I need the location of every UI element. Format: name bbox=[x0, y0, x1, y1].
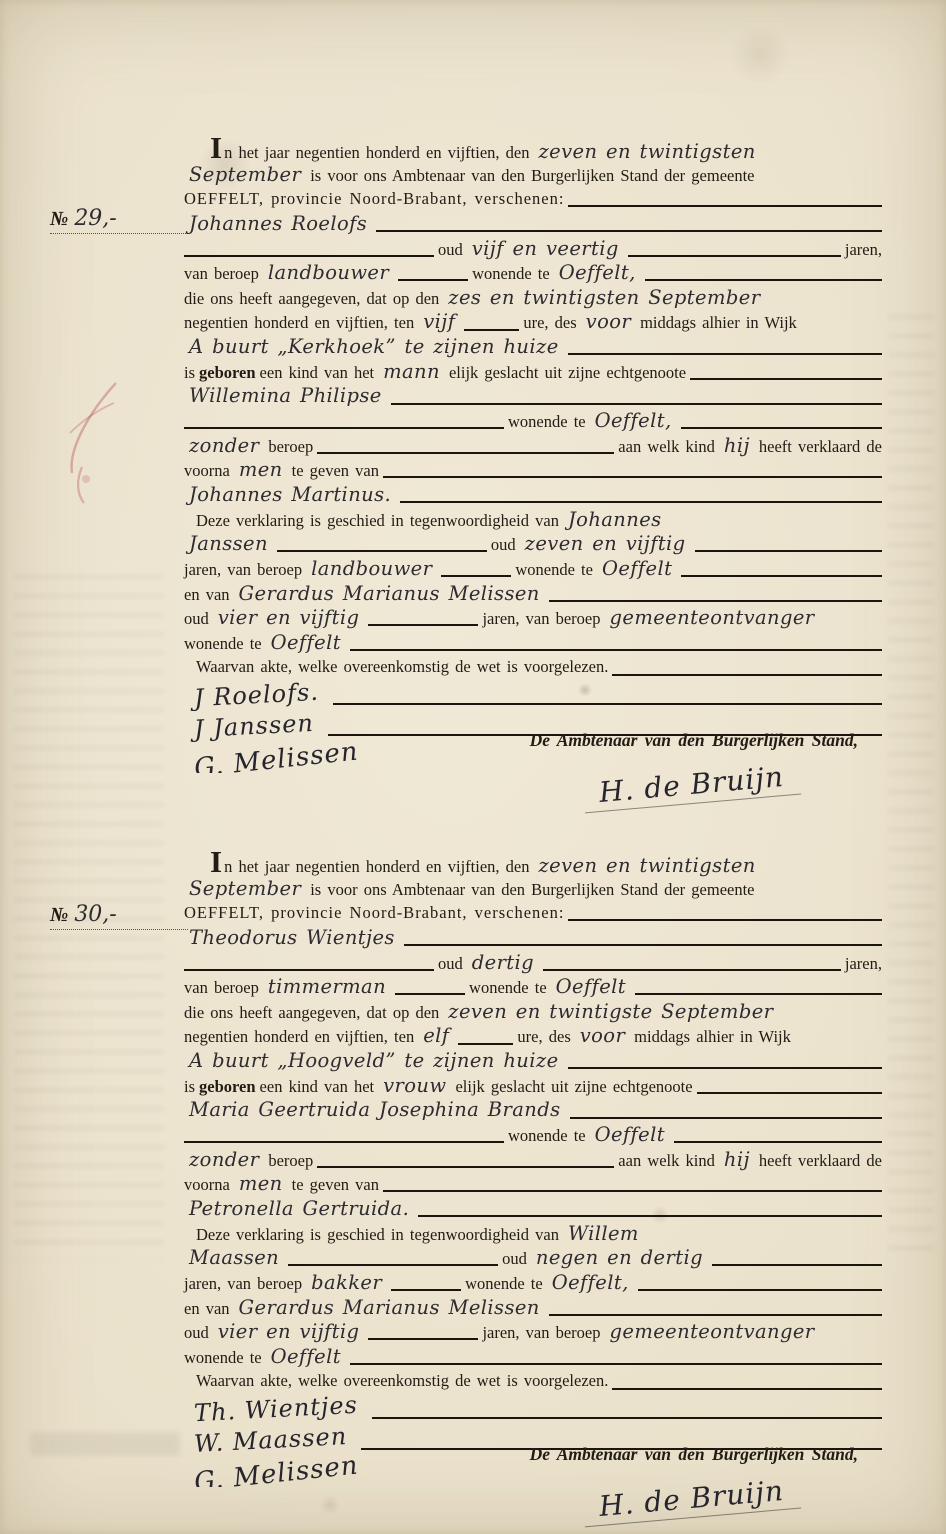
witness2-occupation-handwriting: gemeenteontvanger bbox=[603, 1320, 884, 1345]
printed-text: te geven van bbox=[290, 1173, 381, 1197]
form-line: zonder beroep aan welk kind hij heeft ve… bbox=[182, 1148, 884, 1173]
signature-row: J Roelofs. bbox=[182, 680, 884, 711]
rule-line bbox=[681, 575, 882, 577]
form-line: September is voor ons Ambtenaar van den … bbox=[182, 163, 884, 188]
birth-date-handwriting: zes en twintigsten September bbox=[441, 286, 884, 311]
form-line: is geboren een kind van het vrouw elijk … bbox=[182, 1074, 884, 1099]
printed-text: en van bbox=[182, 1297, 232, 1321]
child-names-handwriting: Petronella Gertruida. bbox=[182, 1197, 416, 1222]
rule-line bbox=[549, 1314, 882, 1316]
form-line: Johannes Roelofs bbox=[182, 212, 884, 237]
birth-act-30: I n het jaar negentien honderd en vijfti… bbox=[182, 852, 884, 1487]
act-number-handwriting: 30,- bbox=[68, 902, 116, 927]
rule-line bbox=[350, 649, 882, 651]
declarant-name-handwriting: Johannes Roelofs bbox=[182, 212, 374, 237]
closing-clause-printed: Waarvan akte, welke overeenkomstig de we… bbox=[182, 655, 610, 680]
form-line: A buurt „Kerkhoek” te zijnen huize bbox=[182, 335, 884, 360]
rule-line bbox=[383, 1190, 882, 1192]
printed-text: n het jaar negentien honderd en vijftien… bbox=[222, 855, 531, 877]
act-date-day-handwriting: zeven en twintigsten bbox=[531, 140, 884, 163]
printed-text: die ons heeft aangegeven, dat op den bbox=[182, 287, 441, 311]
rule-line bbox=[418, 1215, 882, 1217]
rule-line bbox=[695, 550, 882, 552]
daypart-handwriting: voor bbox=[579, 310, 638, 335]
rule-line bbox=[638, 1289, 882, 1291]
printed-text: wonende te bbox=[467, 976, 549, 1000]
printed-text: wonende te bbox=[506, 1124, 588, 1148]
witness2-residence-handwriting: Oeffelt bbox=[264, 1345, 348, 1370]
form-line: zonder beroep aan welk kind hij heeft ve… bbox=[182, 434, 884, 459]
registrar-title-printed: De Ambtenaar van den Burgerlijken Stand, bbox=[530, 1444, 858, 1465]
birth-hour-handwriting: vijf bbox=[416, 310, 462, 335]
rule-line bbox=[404, 944, 882, 946]
form-line: OEFFELT, provincie Noord-Brabant, versch… bbox=[182, 901, 884, 926]
printed-text: een kind van het bbox=[258, 361, 377, 385]
child-names-handwriting: Johannes Martinus. bbox=[182, 483, 398, 508]
printed-text: jaren, van beroep bbox=[480, 607, 602, 631]
form-line: die ons heeft aangegeven, dat op den zes… bbox=[182, 286, 884, 311]
witness1-signature: W. Maassen bbox=[182, 1425, 360, 1456]
rule-line bbox=[398, 279, 468, 281]
rule-line bbox=[376, 230, 882, 232]
printed-text: ure, des bbox=[515, 1025, 572, 1049]
birth-date-handwriting: zeven en twintigste September bbox=[441, 1000, 884, 1025]
printed-text: jaren, van beroep bbox=[182, 558, 304, 582]
form-line: oud vijf en veertig jaren, bbox=[182, 237, 884, 262]
declarant-name-handwriting: Theodorus Wientjes bbox=[182, 926, 402, 951]
declarant-signature: J Roelofs. bbox=[182, 680, 332, 711]
rule-line bbox=[464, 329, 519, 331]
printed-text: ure, des bbox=[521, 311, 578, 335]
printed-text: negentien honderd en vijftien, ten bbox=[182, 1025, 416, 1049]
declarant-residence-handwriting: Oeffelt bbox=[549, 975, 633, 1000]
witness1-occupation-handwriting: bakker bbox=[304, 1271, 389, 1296]
form-line: oud dertig jaren, bbox=[182, 951, 884, 976]
printed-text: wonende te bbox=[463, 1272, 545, 1296]
rule-line bbox=[184, 969, 434, 971]
rule-line bbox=[368, 624, 478, 626]
act-date-month-handwriting: September bbox=[182, 163, 308, 188]
printed-text: is bbox=[182, 1075, 197, 1099]
rule-line bbox=[184, 427, 504, 429]
rule-line bbox=[635, 993, 882, 995]
rule-line bbox=[568, 1067, 882, 1069]
municipality-printed: OEFFELT, provincie Noord-Brabant, versch… bbox=[182, 187, 566, 212]
birth-location-handwriting: A buurt „Kerkhoek” te zijnen huize bbox=[182, 335, 566, 360]
printed-text: aan welk kind bbox=[616, 435, 717, 459]
rule-line bbox=[317, 452, 614, 454]
numero-sign: № bbox=[50, 904, 68, 927]
mother-name-handwriting: Willemina Philipse bbox=[182, 384, 389, 409]
rule-line bbox=[368, 1338, 478, 1340]
printed-text: beroep bbox=[266, 435, 315, 459]
form-line: Deze verklaring is geschied in tegenwoor… bbox=[182, 508, 884, 533]
form-line: wonende te Oeffelt, bbox=[182, 409, 884, 434]
printed-text: negentien honderd en vijftien, ten bbox=[182, 311, 416, 335]
printed-text: middags alhier in Wijk bbox=[638, 311, 799, 335]
witness2-signature: G. Melissen bbox=[182, 1456, 372, 1487]
printed-text: heeft verklaard de bbox=[757, 1149, 884, 1173]
form-line: wonende te Oeffelt bbox=[182, 631, 884, 656]
printed-text: jaren, bbox=[843, 238, 884, 262]
declarant-residence-handwriting: Oeffelt, bbox=[552, 261, 643, 286]
form-line: Waarvan akte, welke overeenkomstig de we… bbox=[182, 655, 884, 680]
rule-line bbox=[570, 1117, 882, 1119]
birth-hour-handwriting: elf bbox=[416, 1024, 456, 1049]
rule-line bbox=[372, 1417, 882, 1419]
witness1-firstname-handwriting: Willem bbox=[561, 1222, 884, 1247]
rule-line bbox=[317, 1166, 614, 1168]
rule-line bbox=[568, 353, 882, 355]
witness2-age-handwriting: vier en vijftig bbox=[211, 606, 367, 631]
form-line: van beroep landbouwer wonende te Oeffelt… bbox=[182, 261, 884, 286]
printed-text: beroep bbox=[266, 1149, 315, 1173]
printed-text: wonende te bbox=[506, 410, 588, 434]
signature-row: Th. Wientjes bbox=[182, 1394, 884, 1425]
form-line: oud vier en vijftig jaren, van beroep ge… bbox=[182, 1320, 884, 1345]
gender-handwriting: mann bbox=[376, 360, 447, 385]
declarant-age-handwriting: dertig bbox=[465, 951, 541, 976]
form-line: I n het jaar negentien honderd en vijfti… bbox=[182, 138, 884, 163]
printed-text: oud bbox=[182, 607, 211, 631]
bleedthrough-smudge bbox=[30, 1432, 180, 1456]
form-line: is geboren een kind van het mann elijk g… bbox=[182, 360, 884, 385]
birth-location-handwriting: A buurt „Hoogveld” te zijnen huize bbox=[182, 1049, 566, 1074]
rule-line bbox=[568, 919, 882, 921]
form-line: Maria Geertruida Josephina Brands bbox=[182, 1098, 884, 1123]
witness1-lastname-handwriting: Maassen bbox=[182, 1246, 286, 1271]
men-handwriting: men bbox=[232, 458, 290, 483]
rule-line bbox=[568, 205, 882, 207]
rule-line bbox=[350, 1363, 882, 1365]
numero-sign: № bbox=[50, 208, 68, 231]
form-line: negentien honderd en vijftien, ten elf u… bbox=[182, 1024, 884, 1049]
printed-text: middags alhier in Wijk bbox=[632, 1025, 793, 1049]
rule-line bbox=[681, 427, 882, 429]
mother-residence-handwriting: Oeffelt, bbox=[588, 409, 679, 434]
form-line: oud vier en vijftig jaren, van beroep ge… bbox=[182, 606, 884, 631]
form-line: en van Gerardus Marianus Melissen bbox=[182, 1296, 884, 1321]
daypart-handwriting: voor bbox=[573, 1024, 632, 1049]
printed-text: wonende te bbox=[470, 262, 552, 286]
rule-line bbox=[184, 255, 434, 257]
birth-act-29: I n het jaar negentien honderd en vijfti… bbox=[182, 138, 884, 773]
form-line: A buurt „Hoogveld” te zijnen huize bbox=[182, 1049, 884, 1074]
printed-text: oud bbox=[436, 238, 465, 262]
zonder-handwriting: zonder bbox=[182, 434, 266, 459]
act-date-month-handwriting: September bbox=[182, 877, 308, 902]
witness1-age-handwriting: zeven en vijftig bbox=[518, 532, 693, 557]
rule-line bbox=[184, 1141, 504, 1143]
rule-line bbox=[333, 703, 882, 705]
form-line: van beroep timmerman wonende te Oeffelt bbox=[182, 975, 884, 1000]
rule-line bbox=[391, 403, 882, 405]
printed-text: is voor ons Ambtenaar van den Burgerlijk… bbox=[308, 164, 756, 188]
form-line: Maassen oud negen en dertig bbox=[182, 1246, 884, 1271]
rule-line bbox=[697, 1092, 882, 1094]
printed-text: Deze verklaring is geschied in tegenwoor… bbox=[182, 1223, 561, 1247]
mother-name-handwriting: Maria Geertruida Josephina Brands bbox=[182, 1098, 568, 1123]
form-line: I n het jaar negentien honderd en vijfti… bbox=[182, 852, 884, 877]
printed-text: jaren, van beroep bbox=[182, 1272, 304, 1296]
register-page: № 29,- № 30,- I n het jaar negentien hon… bbox=[0, 0, 946, 1534]
printed-text: elijk geslacht uit zijne echtgenoote bbox=[447, 361, 688, 385]
rule-line bbox=[458, 1043, 513, 1045]
witness2-residence-handwriting: Oeffelt bbox=[264, 631, 348, 656]
form-line: wonende te Oeffelt bbox=[182, 1345, 884, 1370]
red-pencil-scribble bbox=[42, 375, 152, 515]
act-number-margin: № 30,- bbox=[50, 902, 188, 930]
geboren-bold-printed: geboren bbox=[197, 361, 258, 385]
witness1-firstname-handwriting: Johannes bbox=[561, 508, 884, 533]
rule-line bbox=[441, 575, 511, 577]
declarant-age-handwriting: vijf en veertig bbox=[465, 237, 626, 262]
form-line: wonende te Oeffelt bbox=[182, 1123, 884, 1148]
printed-text: die ons heeft aangegeven, dat op den bbox=[182, 1001, 441, 1025]
geboren-bold-printed: geboren bbox=[197, 1075, 258, 1099]
witness1-residence-handwriting: Oeffelt, bbox=[545, 1271, 636, 1296]
printed-text: oud bbox=[500, 1247, 529, 1271]
printed-text: n het jaar negentien honderd en vijftien… bbox=[222, 141, 531, 163]
printed-text: jaren, bbox=[843, 952, 884, 976]
printed-text: oud bbox=[489, 533, 518, 557]
mother-residence-handwriting: Oeffelt bbox=[588, 1123, 672, 1148]
printed-text: wonende te bbox=[513, 558, 595, 582]
form-line: voorna men te geven van bbox=[182, 1172, 884, 1197]
printed-text: Deze verklaring is geschied in tegenwoor… bbox=[182, 509, 561, 533]
rule-line bbox=[391, 1289, 461, 1291]
printed-text: is bbox=[182, 361, 197, 385]
rule-line bbox=[395, 993, 465, 995]
rule-line bbox=[400, 501, 882, 503]
form-line: negentien honderd en vijftien, ten vijf … bbox=[182, 310, 884, 335]
closing-clause-printed: Waarvan akte, welke overeenkomstig de we… bbox=[182, 1369, 610, 1394]
form-line: Janssen oud zeven en vijftig bbox=[182, 532, 884, 557]
declarant-signature: Th. Wientjes bbox=[182, 1394, 371, 1425]
rule-line bbox=[277, 550, 487, 552]
rule-line bbox=[288, 1264, 498, 1266]
witness2-name-handwriting: Gerardus Marianus Melissen bbox=[232, 1296, 547, 1321]
printed-text: van beroep bbox=[182, 262, 261, 286]
witness1-residence-handwriting: Oeffelt bbox=[595, 557, 679, 582]
printed-text: wonende te bbox=[182, 1346, 264, 1370]
declarant-occupation-handwriting: landbouwer bbox=[261, 261, 396, 286]
rule-line bbox=[383, 476, 882, 478]
men-handwriting: men bbox=[232, 1172, 290, 1197]
municipality-printed: OEFFELT, provincie Noord-Brabant, versch… bbox=[182, 901, 566, 926]
act-number-handwriting: 29,- bbox=[68, 206, 116, 231]
form-line: Deze verklaring is geschied in tegenwoor… bbox=[182, 1222, 884, 1247]
witness1-age-handwriting: negen en dertig bbox=[529, 1246, 710, 1271]
pronoun-handwriting: hij bbox=[717, 434, 757, 459]
printed-text: aan welk kind bbox=[616, 1149, 717, 1173]
witness1-lastname-handwriting: Janssen bbox=[182, 532, 275, 557]
printed-text: van beroep bbox=[182, 976, 261, 1000]
rule-line bbox=[549, 600, 882, 602]
act-number-margin: № 29,- bbox=[50, 206, 188, 234]
zonder-handwriting: zonder bbox=[182, 1148, 266, 1173]
act-date-day-handwriting: zeven en twintigsten bbox=[531, 854, 884, 877]
form-line: OEFFELT, provincie Noord-Brabant, versch… bbox=[182, 187, 884, 212]
form-line: Waarvan akte, welke overeenkomstig de we… bbox=[182, 1369, 884, 1394]
form-line: September is voor ons Ambtenaar van den … bbox=[182, 877, 884, 902]
pronoun-handwriting: hij bbox=[717, 1148, 757, 1173]
dropcap: I bbox=[182, 852, 222, 872]
witness2-signature: G. Melissen bbox=[182, 742, 372, 773]
witness1-signature: J Janssen bbox=[182, 711, 327, 742]
form-line: en van Gerardus Marianus Melissen bbox=[182, 582, 884, 607]
form-line: jaren, van beroep landbouwer wonende te … bbox=[182, 557, 884, 582]
bleedthrough-smudge bbox=[888, 300, 934, 1260]
printed-text: elijk geslacht uit zijne echtgenoote bbox=[453, 1075, 694, 1099]
printed-text: een kind van het bbox=[258, 1075, 377, 1099]
printed-text: heeft verklaard de bbox=[757, 435, 884, 459]
printed-text: oud bbox=[436, 952, 465, 976]
form-line: voorna men te geven van bbox=[182, 458, 884, 483]
form-line: jaren, van beroep bakker wonende te Oeff… bbox=[182, 1271, 884, 1296]
witness2-name-handwriting: Gerardus Marianus Melissen bbox=[232, 582, 547, 607]
witness2-age-handwriting: vier en vijftig bbox=[211, 1320, 367, 1345]
gender-handwriting: vrouw bbox=[376, 1074, 453, 1099]
form-line: Johannes Martinus. bbox=[182, 483, 884, 508]
printed-text: voorna bbox=[182, 1173, 232, 1197]
registrar-title-printed: De Ambtenaar van den Burgerlijken Stand, bbox=[530, 730, 858, 751]
rule-line bbox=[612, 1388, 882, 1390]
witness1-occupation-handwriting: landbouwer bbox=[304, 557, 439, 582]
printed-text: jaren, van beroep bbox=[480, 1321, 602, 1345]
form-line: Theodorus Wientjes bbox=[182, 926, 884, 951]
rule-line bbox=[612, 674, 882, 676]
rule-line bbox=[674, 1141, 882, 1143]
declarant-occupation-handwriting: timmerman bbox=[261, 975, 393, 1000]
form-line: Willemina Philipse bbox=[182, 384, 884, 409]
printed-text: wonende te bbox=[182, 632, 264, 656]
witness2-occupation-handwriting: gemeenteontvanger bbox=[603, 606, 884, 631]
rule-line bbox=[645, 279, 882, 281]
printed-text: is voor ons Ambtenaar van den Burgerlijk… bbox=[308, 878, 756, 902]
printed-text: en van bbox=[182, 583, 232, 607]
rule-line bbox=[690, 378, 882, 380]
form-line: Petronella Gertruida. bbox=[182, 1197, 884, 1222]
dropcap: I bbox=[182, 138, 222, 158]
rule-line bbox=[712, 1264, 882, 1266]
rule-line bbox=[628, 255, 841, 257]
printed-text: oud bbox=[182, 1321, 211, 1345]
form-line: die ons heeft aangegeven, dat op den zev… bbox=[182, 1000, 884, 1025]
printed-text: te geven van bbox=[290, 459, 381, 483]
rule-line bbox=[543, 969, 841, 971]
printed-text: voorna bbox=[182, 459, 232, 483]
